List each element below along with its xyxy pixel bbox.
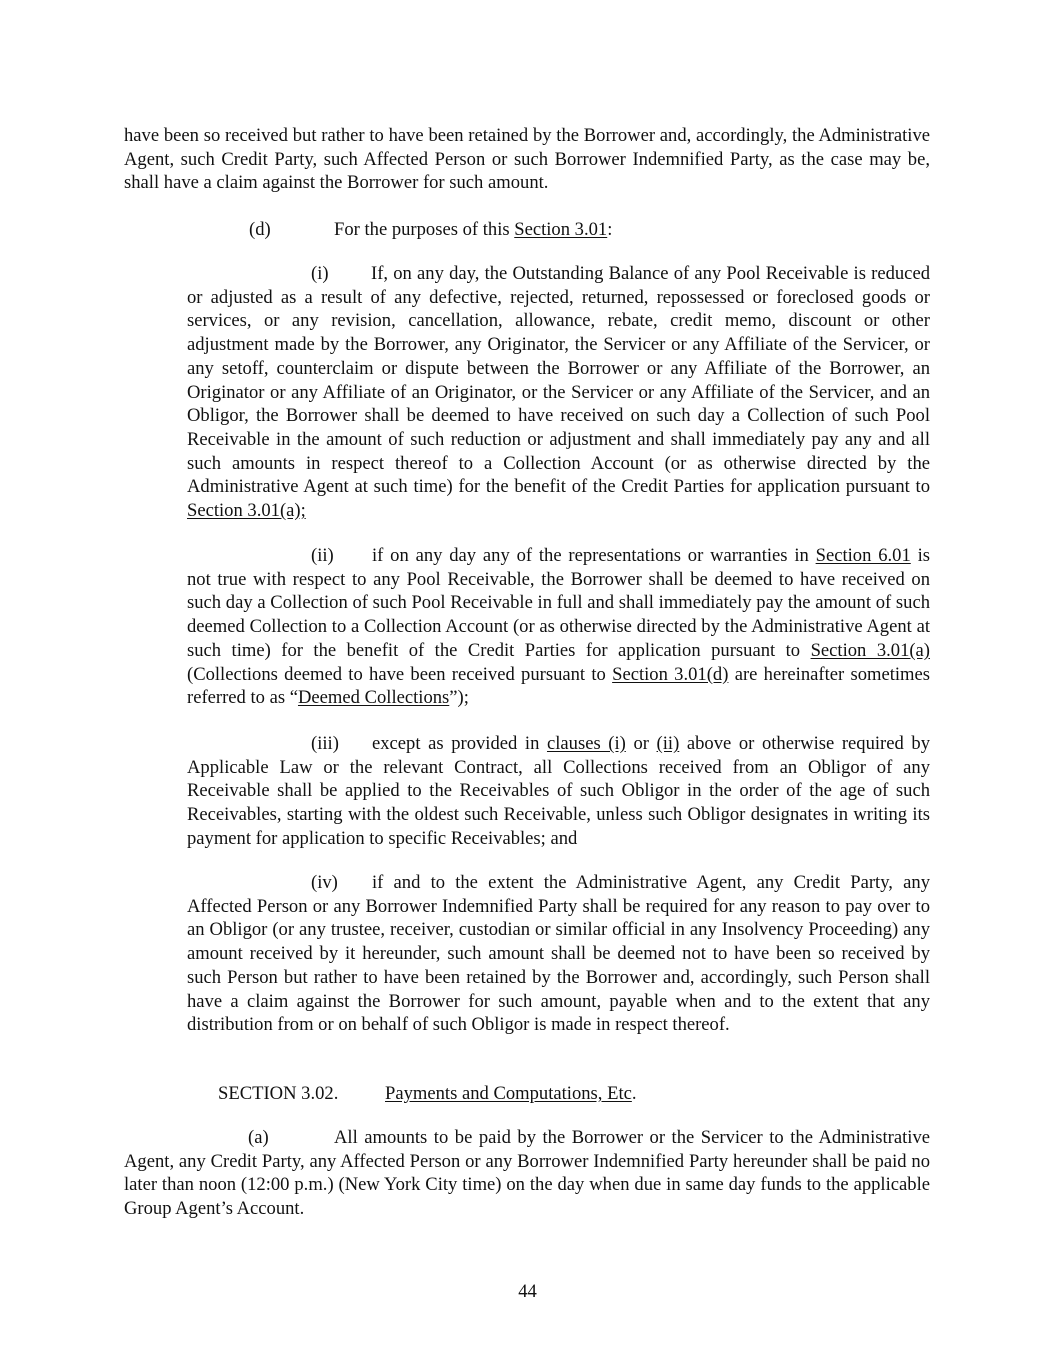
- clause-iii-text-1: except as provided in: [372, 733, 547, 754]
- subsection-a-label: (a): [248, 1126, 334, 1150]
- section-title-period: .: [632, 1083, 637, 1104]
- section-6-01-link[interactable]: Section 6.01: [816, 545, 911, 566]
- section-3-02-heading: SECTION 3.02.Payments and Computations, …: [218, 1082, 637, 1106]
- clause-ii-link[interactable]: (ii): [657, 733, 680, 754]
- clause-i-label: (i): [311, 262, 371, 286]
- continuation-paragraph: have been so received but rather to have…: [124, 124, 930, 195]
- clause-iii-label: (iii): [311, 732, 372, 756]
- section-3-01d-link[interactable]: Section 3.01(d): [612, 664, 728, 685]
- subsection-d-label: (d): [249, 218, 334, 242]
- clause-i-text: If, on any day, the Outstanding Balance …: [187, 263, 930, 497]
- page-number: 44: [0, 1280, 1055, 1304]
- clause-iii: (iii)except as provided in clauses (i) o…: [187, 732, 930, 851]
- clause-ii-text-5: ”);: [449, 687, 469, 708]
- subsection-d: (d)For the purposes of this Section 3.01…: [249, 218, 612, 242]
- clause-i-link[interactable]: clauses (i): [547, 733, 626, 754]
- subsection-a-text: All amounts to be paid by the Borrower o…: [124, 1127, 930, 1219]
- clause-ii-text-3: (Collections deemed to have been receive…: [187, 664, 612, 685]
- section-number: SECTION 3.02.: [218, 1082, 385, 1106]
- clause-ii-label: (ii): [311, 544, 372, 568]
- clause-ii-text-1: if on any day any of the representations…: [372, 545, 816, 566]
- clause-ii: (ii)if on any day any of the representat…: [187, 544, 930, 710]
- deemed-collections-term[interactable]: Deemed Collections: [298, 687, 449, 708]
- section-3-01a-link[interactable]: Section 3.01(a): [811, 640, 930, 661]
- clause-iv-label: (iv): [311, 871, 372, 895]
- clause-i: (i)If, on any day, the Outstanding Balan…: [187, 262, 930, 523]
- clause-iv-text: if and to the extent the Administrative …: [187, 872, 930, 1035]
- subsection-d-text: For the purposes of this: [334, 219, 514, 240]
- subsection-d-colon: :: [607, 219, 612, 240]
- subsection-a: (a)All amounts to be paid by the Borrowe…: [124, 1126, 930, 1221]
- section-3-01a-link[interactable]: Section 3.01(a);: [187, 500, 306, 521]
- section-title: Payments and Computations, Etc: [385, 1083, 632, 1104]
- document-page: have been so received but rather to have…: [0, 0, 1055, 1365]
- clause-iv: (iv)if and to the extent the Administrat…: [187, 871, 930, 1037]
- clause-iii-text-2: or: [626, 733, 657, 754]
- section-3-01-link[interactable]: Section 3.01: [514, 219, 607, 240]
